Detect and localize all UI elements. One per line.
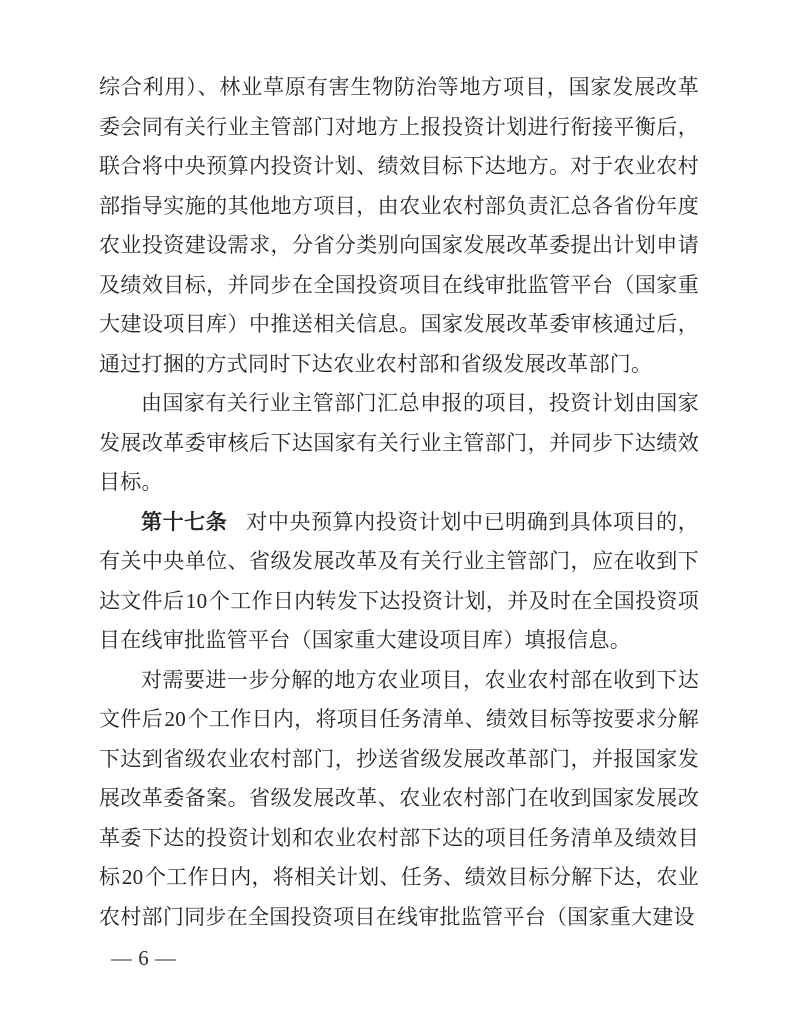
page-number: — 6 —: [111, 945, 794, 971]
paragraph: 对需要进一步分解的地方农业项目，农业农村部在收到下达文件后 20 个工作日内，将…: [99, 661, 699, 938]
article-number: 第十七条: [141, 510, 227, 534]
paragraph: 由国家有关行业主管部门汇总申报的项目，投资计划由国家发展改革委审核后下达国家有关…: [99, 384, 699, 503]
paragraph-article-17: 第十七条对中央预算内投资计划中已明确到具体项目的，有关中央单位、省级发展改革及有…: [99, 503, 699, 661]
paragraph-continuation: 综合利用）、林业草原有害生物防治等地方项目，国家发展改革委会同有关行业主管部门对…: [99, 68, 699, 384]
document-body: 综合利用）、林业草原有害生物防治等地方项目，国家发展改革委会同有关行业主管部门对…: [99, 68, 699, 937]
document-page: 综合利用）、林业草原有害生物防治等地方项目，国家发展改革委会同有关行业主管部门对…: [0, 0, 794, 1028]
